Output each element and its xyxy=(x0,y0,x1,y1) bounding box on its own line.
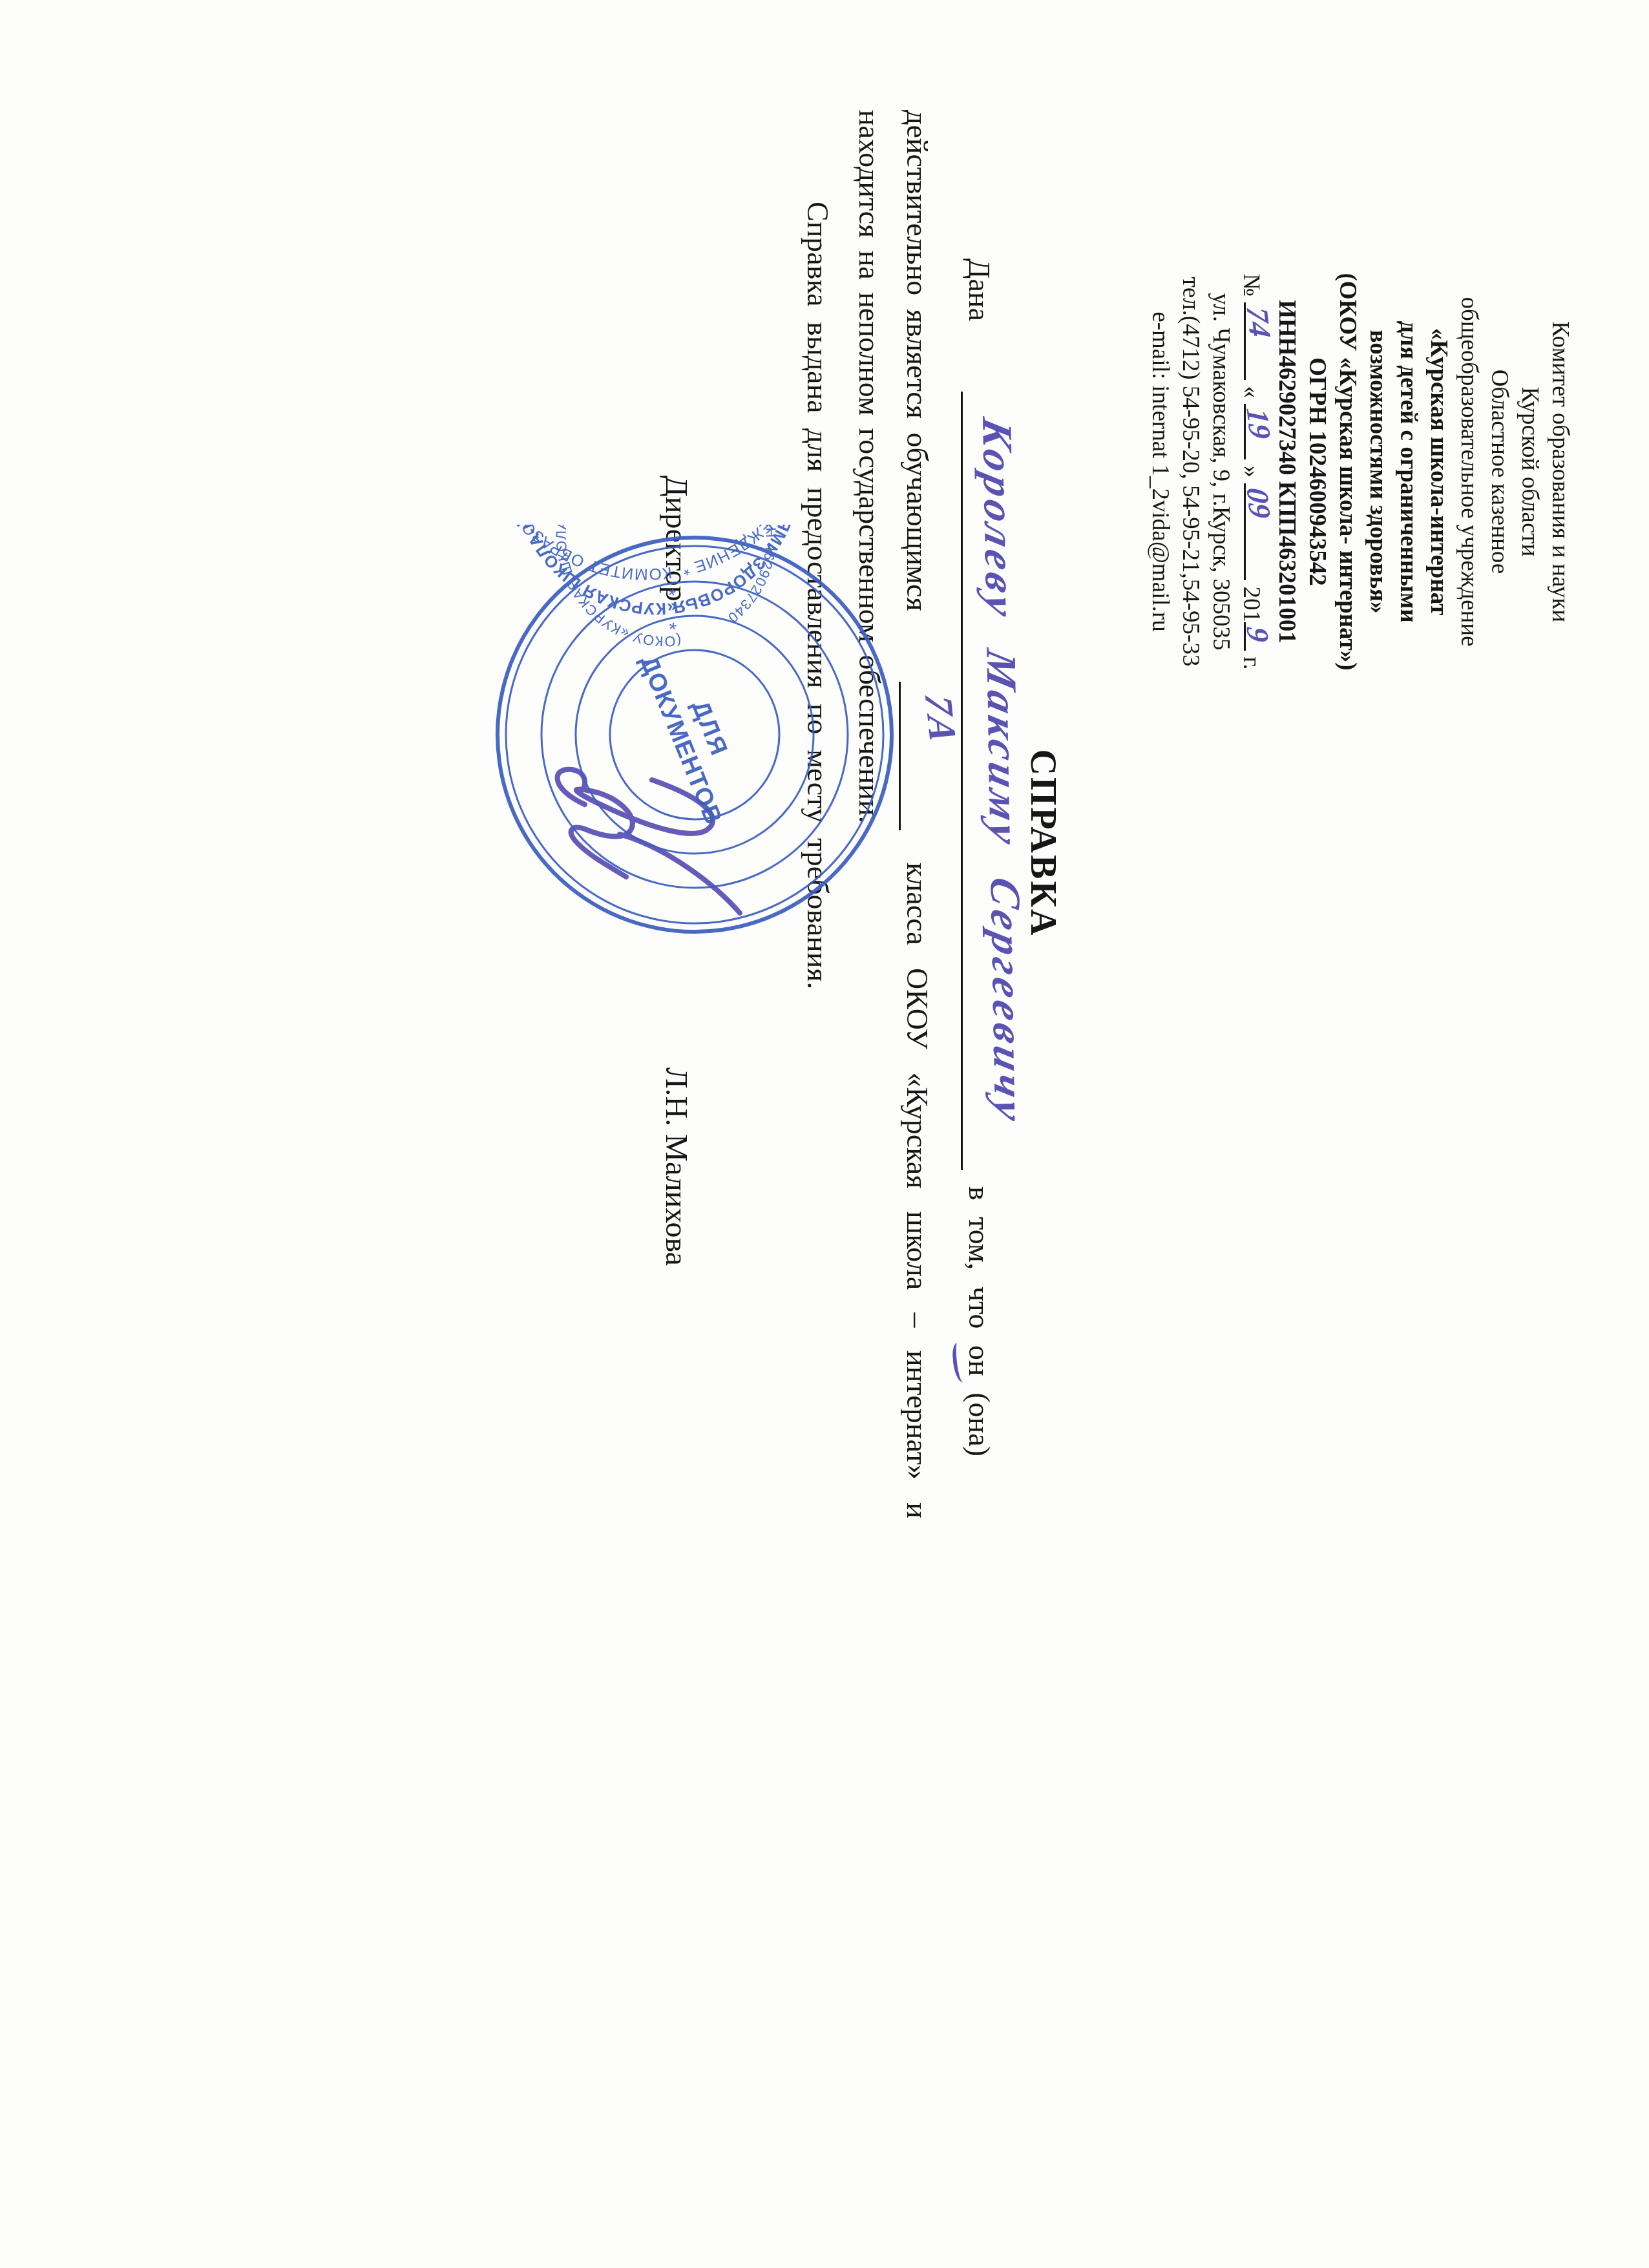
day-blank: 19 xyxy=(1244,404,1272,459)
year-prefix: 201 xyxy=(1238,586,1265,622)
rotated-document-canvas: Комитет образования и науки Курской обла… xyxy=(0,0,1649,2268)
org-header-line: Курской области xyxy=(1515,136,1545,808)
stamp-outer-border xyxy=(485,525,905,945)
year-handwritten: 9 xyxy=(1241,626,1274,643)
doc-number-blank: 74 xyxy=(1244,302,1272,380)
doc-number-handwritten: 74 xyxy=(1241,306,1275,338)
phone-line: тел.(4712) 54-95-20, 54-95-21,54-95-33 xyxy=(1175,136,1206,808)
stamp-border xyxy=(521,562,867,907)
official-round-stamp: КОМИТЕТ ОБРАЗОВАНИЯ И НАУКИ КУРСКОЙ ОБЛА… xyxy=(485,525,905,945)
year-blank: 9 xyxy=(1244,622,1272,651)
body-line1-text: в том, что xyxy=(963,1186,996,1329)
doc-number-date-line: № 74 « 19 » 09 2019 г. xyxy=(1236,136,1272,808)
email-line: e-mail: internat 1_2vida@mail.ru xyxy=(1145,136,1175,808)
org-header-line: для детей с ограниченными xyxy=(1393,136,1423,808)
org-header-line: возможностями здоровья» xyxy=(1363,136,1393,808)
body-line1-tail: в том, что он (она) xyxy=(962,1186,996,1456)
class-value-handwritten: 7А xyxy=(915,693,965,748)
year-label: г. xyxy=(1238,656,1265,669)
day-handwritten: 19 xyxy=(1241,408,1275,439)
quote-open: « xyxy=(1238,386,1265,398)
stamp-separator-star: * xyxy=(658,622,680,632)
doc-number-label: № xyxy=(1238,274,1265,297)
month-handwritten: 09 xyxy=(1241,487,1275,519)
org-header-line: «Курская школа-интернат xyxy=(1423,136,1454,808)
pronoun-he: он xyxy=(962,1345,996,1376)
inn-kpp-line: ИНН4629027340 КПП463201001 xyxy=(1272,136,1302,808)
ogrn-line: ОГРН 1024600943542 xyxy=(1302,136,1332,808)
org-letterhead: Комитет образования и науки Курской обла… xyxy=(1145,136,1575,808)
pronoun-she: (она) xyxy=(963,1392,996,1456)
scanned-certificate-page: Комитет образования и науки Курской обла… xyxy=(0,0,1649,2268)
stamp-border xyxy=(485,525,905,945)
org-header-line: Областное казенное xyxy=(1484,136,1515,808)
stamp-separator-star: * xyxy=(657,587,679,598)
org-header-line: (ОКОУ «Курская школа- интернат») xyxy=(1332,136,1363,808)
stamp-border xyxy=(560,600,829,869)
month-blank: 09 xyxy=(1244,483,1272,580)
org-header-line: общеобразовательное учреждение xyxy=(1454,136,1484,808)
body-line2-head: действительно является обучающимся xyxy=(900,110,934,611)
quote-close: » xyxy=(1238,465,1265,478)
director-name: Л.Н. Малихова xyxy=(658,1067,694,1266)
name-blank-underline xyxy=(961,392,963,1170)
body-line2-tail: класса ОКОУ «Курская школа – интернат» и xyxy=(900,863,934,1518)
address-line: ул. Чумаковская, 9, г.Курск, 305035 xyxy=(1206,136,1236,808)
org-header-line: Комитет образования и науки xyxy=(1545,136,1575,808)
body-line1-label: Дана xyxy=(962,258,996,321)
